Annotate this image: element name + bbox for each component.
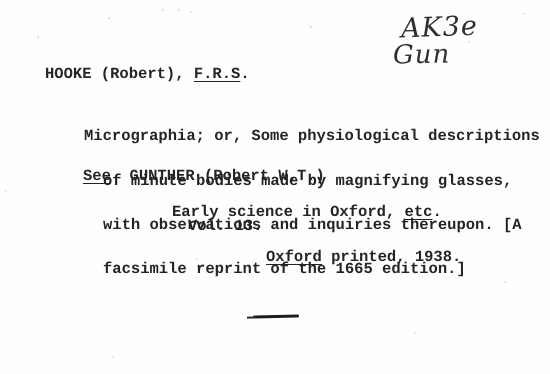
- series-period: .: [432, 203, 441, 221]
- imprint-line: Oxford printed, 1938.: [266, 250, 461, 265]
- see-spacer: [111, 167, 130, 185]
- imprint-rest: printed, 1938.: [322, 248, 462, 266]
- title-line-1: Micrographia; or, Some physiological des…: [84, 129, 540, 144]
- author-heading: HOOKE (Robert), F.R.S.: [45, 67, 250, 82]
- volume-number: Vol. 13.: [188, 219, 262, 234]
- author-honorific-period: .: [240, 65, 249, 83]
- imprint-place: Oxford: [266, 248, 322, 266]
- series-etc: etc: [405, 203, 433, 221]
- author-name: HOOKE (Robert),: [45, 65, 194, 83]
- paper-specks: [0, 0, 2, 2]
- see-label: See: [83, 167, 111, 185]
- shelfmark-line-2: Gun: [393, 40, 451, 71]
- typed-dash: [253, 315, 299, 319]
- catalog-card: AK3e Gun HOOKE (Robert), F.R.S. Microgra…: [0, 0, 550, 374]
- author-honorific: F.R.S: [194, 65, 241, 83]
- see-target: GUNTHER (Robert W.T.): [130, 167, 325, 185]
- see-reference: See GUNTHER (Robert W.T.): [83, 169, 325, 184]
